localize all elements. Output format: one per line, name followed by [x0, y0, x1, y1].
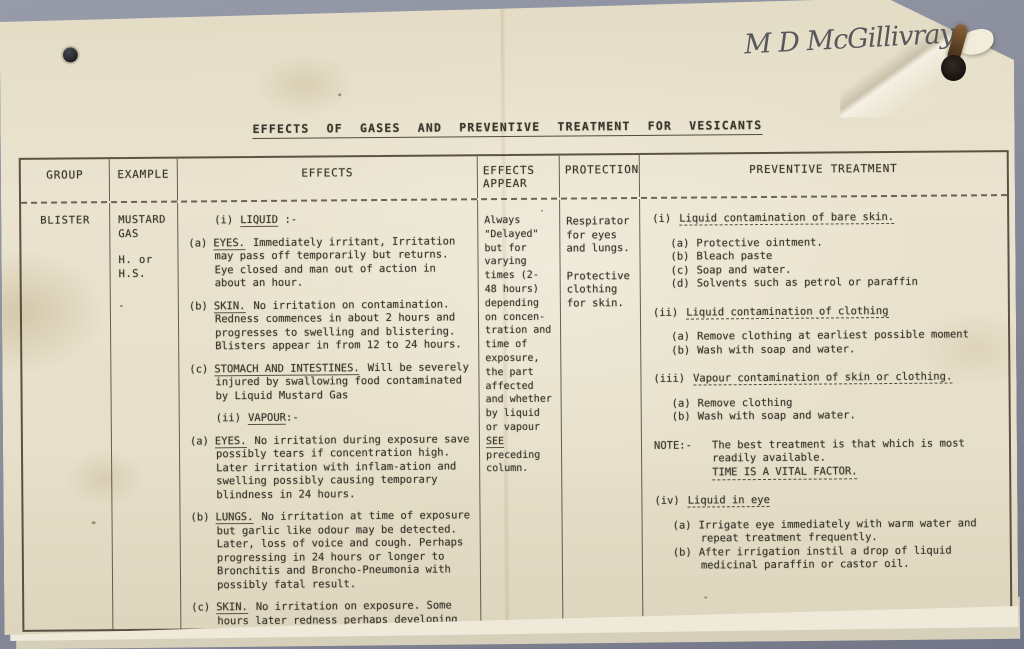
preventive-items-3: (a)Remove clothing (b)Wash with soap and… — [672, 395, 1001, 425]
preventive-item: (a)Irrigate eye immediately with warm wa… — [673, 517, 1002, 547]
effects-item-vapour-eyes: (a)EYES.No irritation during exposure sa… — [190, 433, 476, 503]
cell-example: MUSTARD GAS H. or H.S. — [109, 203, 180, 630]
preventive-item: (b)After irrigation instil a drop of liq… — [673, 544, 1002, 574]
example-line: MUSTARD — [118, 214, 174, 228]
effects-item-liquid-skin: (b)SKIN.No irritation on contamination. … — [189, 298, 474, 354]
photo-of-document: { "page": { "signature": "M D McGillivra… — [0, 0, 1024, 649]
effects-liquid-heading: (i)LIQUID :- — [214, 212, 473, 228]
effects-item-liquid-stomach: (c)STOMACH AND INTESTINES.Will be severe… — [189, 361, 474, 404]
preventive-items-2: (a)Remove clothing at earliest possible … — [671, 328, 1000, 358]
preventive-items-1: (a)Protective ointment. (b)Bleach paste … — [670, 235, 999, 292]
preventive-heading-1: (i)Liquid contamination of bare skin. — [652, 210, 999, 226]
paper-speck — [338, 93, 341, 96]
table-body-row: BLISTER MUSTARD GAS H. or H.S. (i)LIQUID… — [21, 196, 1010, 630]
cell-effects-appear: Always "Delayed" but for varying times (… — [477, 200, 562, 627]
punch-hole — [63, 47, 78, 62]
see-reference: SEE — [486, 436, 504, 448]
protection-paragraph: Protective clothing for skin. — [567, 270, 636, 311]
header-protection: PROTECTION — [559, 155, 639, 198]
preventive-note: NOTE:- The best treatment is that which … — [654, 437, 1001, 481]
header-effects: EFFECTS — [177, 156, 477, 200]
preventive-item: (a)Remove clothing at earliest possible … — [671, 328, 1000, 344]
protection-paragraph: Respirator for eyes and lungs. — [566, 215, 635, 256]
note-emphasis: TIME IS A VITAL FACTOR. — [712, 465, 858, 481]
preventive-heading-2: (ii)Liquid contamination of clothing — [653, 304, 1000, 320]
cell-group: BLISTER — [21, 203, 112, 630]
cell-protection: Respirator for eyes and lungs. Protectiv… — [559, 199, 642, 626]
preventive-item: (b)Wash with soap and water. — [671, 342, 1000, 358]
effects-item-vapour-lungs: (b)LUNGS.No irritation at time of exposu… — [190, 509, 476, 592]
note-label: NOTE:- — [654, 439, 712, 481]
document-title: EFFECTS OF GASES AND PREVENTIVE TREATMEN… — [0, 112, 1014, 139]
effects-vapour-heading: (ii)VAPOUR:- — [216, 410, 475, 426]
header-group: GROUP — [21, 159, 109, 202]
cell-effects: (i)LIQUID :- (a)EYES.Immediately irritan… — [177, 200, 480, 628]
example-symbol: H. or H.S. — [118, 254, 174, 281]
effects-item-liquid-eyes: (a)EYES.Immediately irritant, Irritation… — [188, 235, 473, 291]
preventive-item: (d)Solvents such as petrol or paraffin — [671, 275, 1000, 291]
document-sheet: EFFECTS OF GASES AND PREVENTIVE TREATMEN… — [0, 0, 1019, 646]
table-header-row: GROUP EXAMPLE EFFECTS EFFECTS APPEAR PRO… — [21, 152, 1007, 204]
header-effects-appear: EFFECTS APPEAR — [477, 156, 559, 199]
gas-effects-table: GROUP EXAMPLE EFFECTS EFFECTS APPEAR PRO… — [19, 150, 1013, 632]
example-line: GAS — [118, 227, 174, 241]
header-example: EXAMPLE — [109, 159, 177, 202]
cell-preventive-treatment: (i)Liquid contamination of bare skin. (a… — [639, 196, 1010, 625]
preventive-heading-3: (iii)Vapour contamination of skin or clo… — [653, 370, 1000, 386]
staple-rust-mark — [941, 55, 966, 81]
preventive-heading-4: (iv)Liquid in eye — [654, 492, 1001, 508]
preventive-item: (b)Wash with soap and water. — [672, 408, 1001, 424]
note-body: The best treatment is that which is most… — [712, 437, 1001, 481]
preventive-items-4: (a)Irrigate eye immediately with warm wa… — [673, 517, 1002, 574]
header-preventive-treatment: PREVENTIVE TREATMENT — [639, 152, 1007, 197]
document-title-text: EFFECTS OF GASES AND PREVENTIVE TREATMEN… — [253, 118, 763, 139]
